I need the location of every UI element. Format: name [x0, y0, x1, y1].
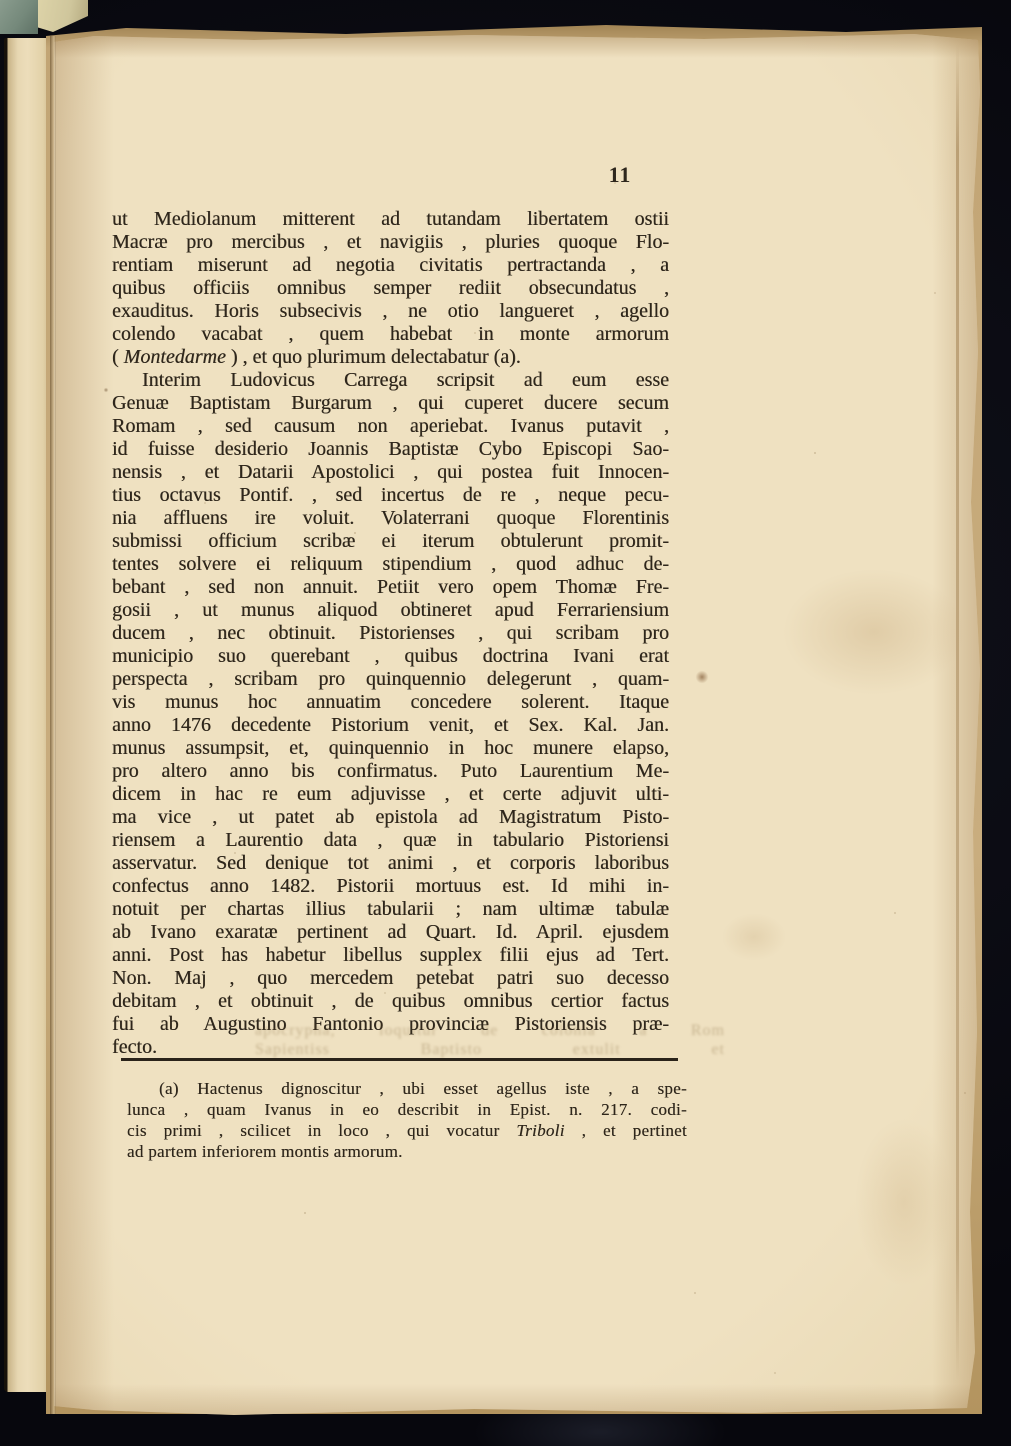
- text-line: gosii , ut munus aliquod obtineret apud …: [112, 599, 669, 622]
- text-line: nensis , et Datarii Apostolici , qui pos…: [112, 461, 669, 484]
- text-line: id fuisse desiderio Joannis Baptistæ Cyb…: [112, 438, 669, 461]
- footnote-line: (a) Hactenus dignoscitur , ubi esset age…: [127, 1078, 687, 1099]
- text-line: munus assumpsit, et, quinquennio in hoc …: [112, 737, 669, 760]
- text-line: bebant , sed non annuit. Petiit vero ope…: [112, 576, 669, 599]
- footnote-rule: [121, 1058, 678, 1061]
- paragraph: ut Mediolanum mitterent ad tutandam libe…: [112, 208, 669, 369]
- text-line: asservatur. Sed denique tot animi , et c…: [112, 852, 669, 875]
- bookmark-cream-cloth: [38, 0, 88, 32]
- body-text: ut Mediolanum mitterent ad tutandam libe…: [112, 208, 669, 1059]
- footnote-line: cis primi , scilicet in loco , qui vocat…: [127, 1120, 687, 1141]
- page-right-crease: [956, 44, 959, 1380]
- footnote-line: lunca , quam Ivanus in eo describit in E…: [127, 1099, 687, 1120]
- scanned-book-photo: { "colors": { "background": "#0a0b12", "…: [0, 0, 1011, 1446]
- text-line: colendo vacabat , quem habebat in monte …: [112, 323, 669, 346]
- text-line: submissi officium scribæ ei iterum obtul…: [112, 530, 669, 553]
- text-line: ma vice , ut patet ab epistola ad Magist…: [112, 806, 669, 829]
- paragraph: Interim Ludovicus Carrega scripsit ad eu…: [112, 369, 669, 1059]
- text-line: debitam , et obtinuit , de quibus omnibu…: [112, 990, 669, 1013]
- text-line: Non. Maj , quo mercedem petebat patri su…: [112, 967, 669, 990]
- text-line: tius octavus Pontif. , sed incertus de r…: [112, 484, 669, 507]
- show-through-line: apocrypha, loquitur de colonia a Rom: [255, 1021, 725, 1040]
- text-line: dicem in hac re eum adjuvisse , et certe…: [112, 783, 669, 806]
- text-line: quibus officiis omnibus semper rediit ob…: [112, 277, 669, 300]
- text-line: notuit per chartas illius tabularii ; na…: [112, 898, 669, 921]
- text-line: municipio suo querebant , quibus doctrin…: [112, 645, 669, 668]
- text-line: tentes solvere ei reliquum stipendium , …: [112, 553, 669, 576]
- text-line: anno 1476 decedente Pistorium venit, et …: [112, 714, 669, 737]
- text-line: pro altero anno bis confirmatus. Puto La…: [112, 760, 669, 783]
- footnote: (a) Hactenus dignoscitur , ubi esset age…: [127, 1078, 687, 1162]
- text-line: riensem a Laurentio data , quæ in tabula…: [112, 829, 669, 852]
- text-line: vis munus hoc annuatim concedere soleren…: [112, 691, 669, 714]
- text-line: perspecta , scribam pro quinquennio dele…: [112, 668, 669, 691]
- text-line: exauditus. Horis subsecivis , ne otio la…: [112, 300, 669, 323]
- footnote-line: ad partem inferiorem montis armorum.: [127, 1141, 687, 1162]
- text-line: confectus anno 1482. Pistorii mortuus es…: [112, 875, 669, 898]
- text-line: ducem , nec obtinuit. Pistorienses , qui…: [112, 622, 669, 645]
- bookmark-green-cloth: [0, 0, 38, 34]
- ink-show-through: apocrypha, loquitur de colonia a Rom Sap…: [255, 1021, 725, 1059]
- text-line: ut Mediolanum mitterent ad tutandam libe…: [112, 208, 669, 231]
- text-line: ( Montedarme ) , et quo plurimum delecta…: [112, 346, 669, 369]
- text-line: Genuæ Baptistam Burgarum , qui cuperet d…: [112, 392, 669, 415]
- paper-speckles: [54, 32, 56, 34]
- show-through-line: Sapientiss Baptisto extulit et: [255, 1040, 725, 1059]
- text-line: Romam , sed causum non aperiebat. Ivanus…: [112, 415, 669, 438]
- text-line: anni. Post has habetur libellus supplex …: [112, 944, 669, 967]
- text-line: Macræ pro mercibus , et navigiis , pluri…: [112, 231, 669, 254]
- gutter-crease: [50, 36, 56, 1414]
- text-line: Interim Ludovicus Carrega scripsit ad eu…: [112, 369, 669, 392]
- page-number: 11: [565, 162, 675, 188]
- text-line: ab Ivano exaratæ pertinent ad Quart. Id.…: [112, 921, 669, 944]
- text-line: rentiam miserunt ad negotia civitatis pe…: [112, 254, 669, 277]
- text-line: nia affluens ire voluit. Volaterrani quo…: [112, 507, 669, 530]
